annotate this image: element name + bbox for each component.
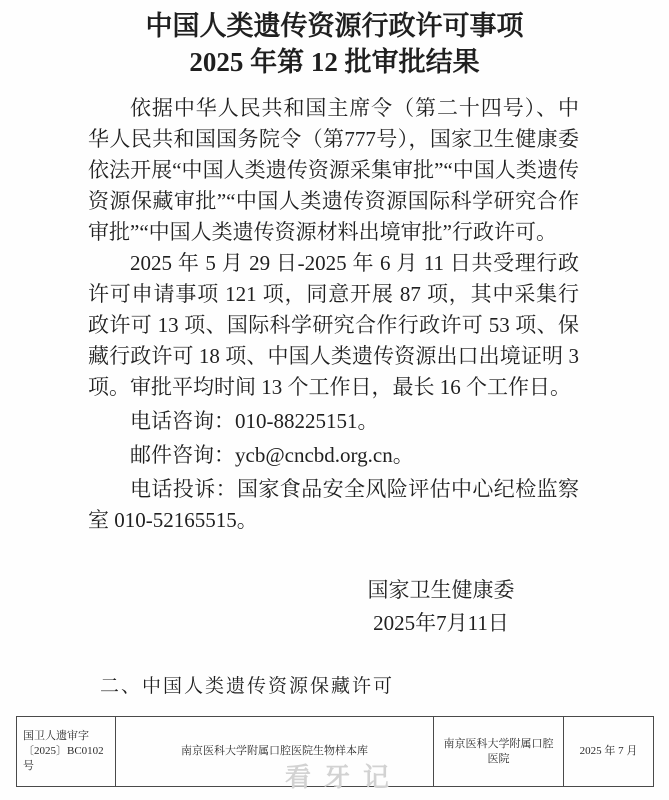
section-heading: 二、中国人类遗传资源保藏许可 — [100, 673, 394, 700]
cell-approval-number: 国卫人遗审字 〔2025〕BC0102 号 — [17, 717, 116, 787]
signature-date: 2025年7月11日 — [330, 607, 552, 640]
approval-table: 国卫人遗审字 〔2025〕BC0102 号 南京医科大学附属口腔医院生物样本库 … — [16, 716, 654, 787]
complaint-line: 电话投诉：国家食品安全风险评估中心纪检监察室 010-52165515。 — [88, 474, 579, 536]
paragraph-legal-basis: 依据中华人民共和国主席令（第二十四号）、中华人民共和国国务院令（第777号），国… — [88, 93, 579, 248]
table-row: 国卫人遗审字 〔2025〕BC0102 号 南京医科大学附属口腔医院生物样本库 … — [17, 717, 654, 787]
signature-org: 国家卫生健康委 — [330, 574, 552, 607]
cell-repository-name: 南京医科大学附属口腔医院生物样本库 — [116, 717, 434, 787]
cell-approval-date: 2025 年 7 月 — [564, 717, 654, 787]
document-body: 依据中华人民共和国主席令（第二十四号）、中华人民共和国国务院令（第777号），国… — [88, 93, 579, 536]
document-title: 中国人类遗传资源行政许可事项 2025 年第 12 批审批结果 — [0, 0, 669, 80]
title-line-1: 中国人类遗传资源行政许可事项 — [0, 8, 669, 44]
title-line-2: 2025 年第 12 批审批结果 — [0, 44, 669, 80]
paragraph-statistics: 2025 年 5 月 29 日-2025 年 6 月 11 日共受理行政许可申请… — [88, 248, 579, 403]
signature-block: 国家卫生健康委 2025年7月11日 — [330, 574, 552, 640]
email-consult-line: 邮件咨询：ycb@cncbd.org.cn。 — [88, 440, 579, 471]
phone-consult-line: 电话咨询：010-88225151。 — [88, 406, 579, 437]
cell-unit-name: 南京医科大学附属口腔医院 — [434, 717, 564, 787]
document-page: 中国人类遗传资源行政许可事项 2025 年第 12 批审批结果 依据中华人民共和… — [0, 0, 669, 800]
